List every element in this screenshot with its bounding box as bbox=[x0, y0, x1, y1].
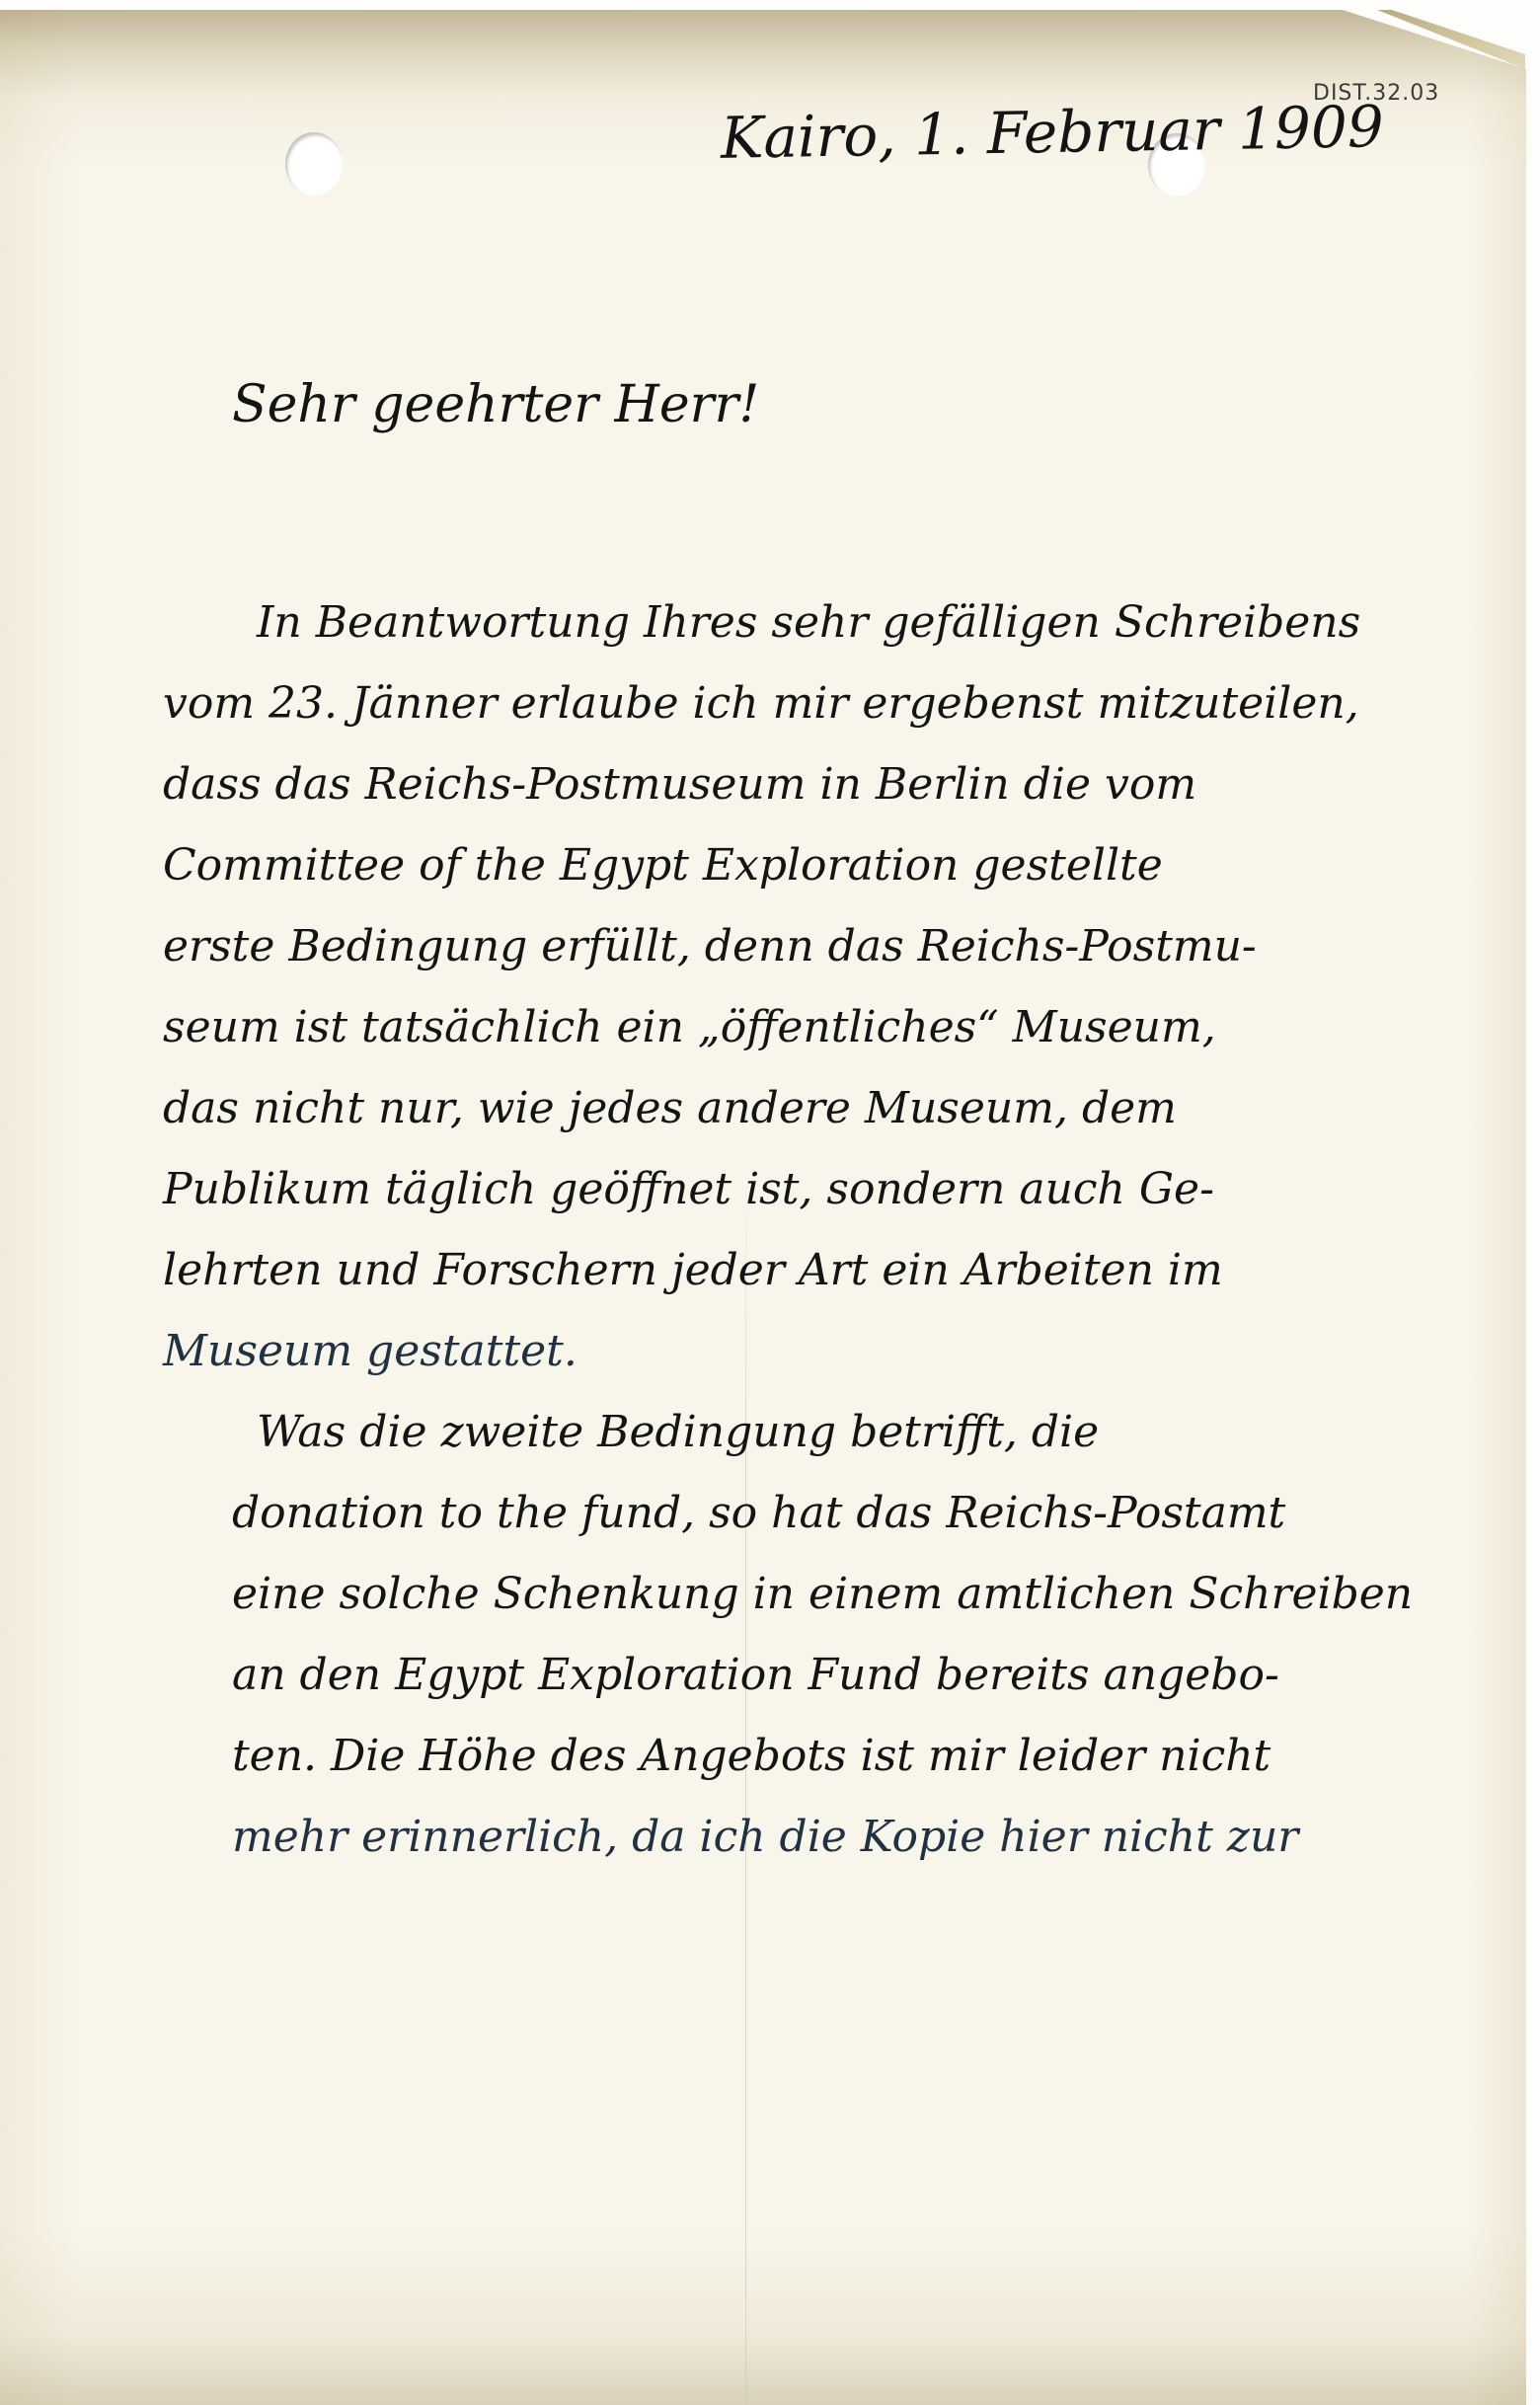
body-line: Committee of the Egypt Exploration geste… bbox=[163, 825, 1505, 906]
body-line: mehr erinnerlich, da ich die Kopie hier … bbox=[163, 1797, 1505, 1878]
letter-body: In Beantwortung Ihres sehr gefälligen Sc… bbox=[163, 582, 1505, 1878]
body-line: dass das Reichs-Postmuseum in Berlin die… bbox=[163, 744, 1505, 825]
paragraph-1: In Beantwortung Ihres sehr gefälligen Sc… bbox=[163, 582, 1505, 1392]
paragraph-2: Was die zweite Bedingung betrifft, die d… bbox=[163, 1392, 1505, 1878]
punch-hole-left bbox=[285, 132, 343, 195]
body-line: seum ist tatsächlich ein „öffentliches“ … bbox=[163, 987, 1505, 1068]
body-line: das nicht nur, wie jedes andere Museum, … bbox=[163, 1068, 1505, 1149]
body-line: donation to the fund, so hat das Reichs-… bbox=[163, 1473, 1505, 1554]
body-line: vom 23. Jänner erlaube ich mir ergebenst… bbox=[163, 663, 1505, 744]
body-line: lehrten und Forschern jeder Art ein Arbe… bbox=[163, 1230, 1505, 1311]
date-line: Kairo, 1. Februar 1909 bbox=[720, 93, 1384, 172]
scanned-letter: DIST.32.03 Kairo, 1. Februar 1909 Sehr g… bbox=[0, 0, 1540, 2405]
body-line: Museum gestattet. bbox=[163, 1311, 1505, 1392]
salutation: Sehr geehrter Herr! bbox=[232, 375, 759, 434]
body-line: Was die zweite Bedingung betrifft, die bbox=[163, 1392, 1505, 1473]
body-line: ten. Die Höhe des Angebots ist mir leide… bbox=[163, 1716, 1505, 1797]
body-line: erste Bedingung erfüllt, denn das Reichs… bbox=[163, 906, 1505, 987]
body-line: Publikum täglich geöffnet ist, sondern a… bbox=[163, 1149, 1505, 1230]
body-line: In Beantwortung Ihres sehr gefälligen Sc… bbox=[163, 582, 1505, 663]
body-line: eine solche Schenkung in einem amtlichen… bbox=[163, 1554, 1505, 1635]
body-line: an den Egypt Exploration Fund bereits an… bbox=[163, 1635, 1505, 1716]
